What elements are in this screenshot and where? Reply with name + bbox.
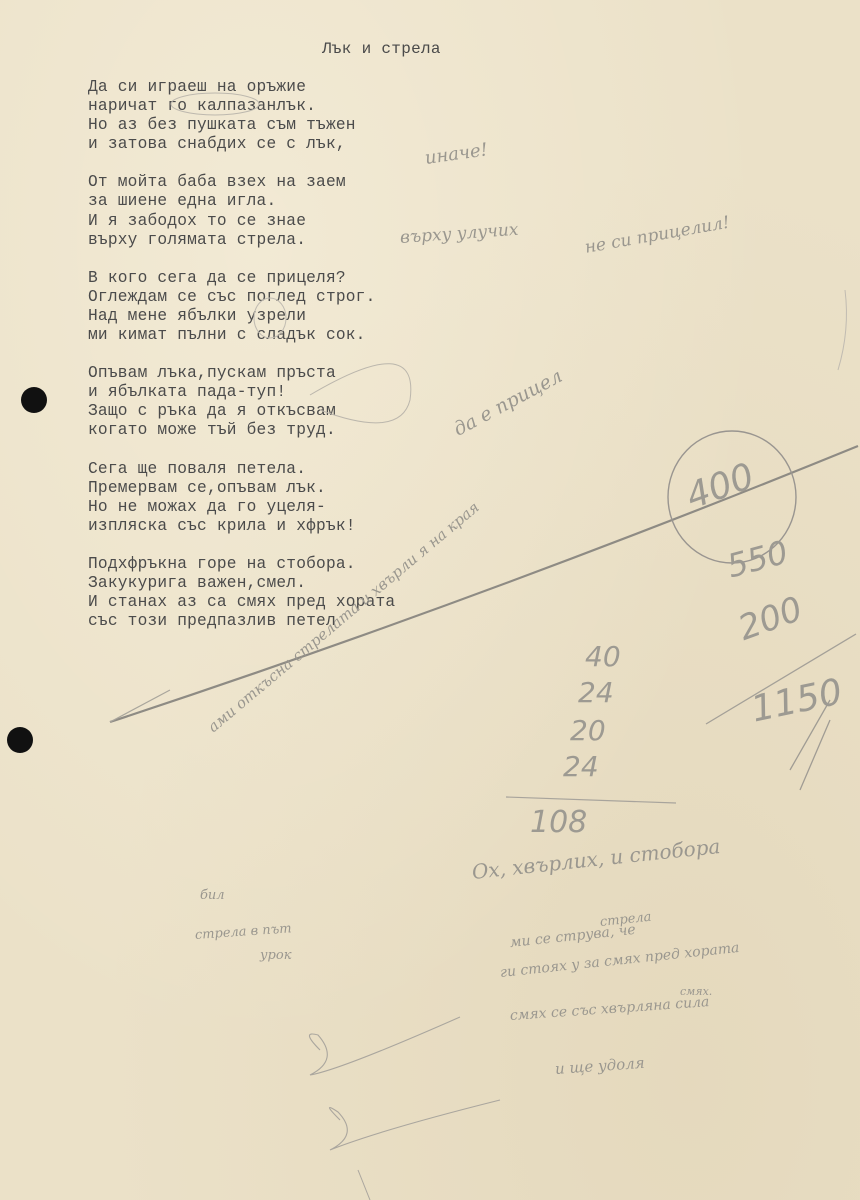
column-number: 40: [585, 640, 621, 673]
bottom-left-note: бил: [200, 888, 225, 903]
bottom-left-note: урок: [260, 948, 291, 963]
column-number: 24: [578, 676, 614, 709]
sum-number: 108: [530, 805, 587, 840]
pencil-marks: [0, 0, 860, 1200]
column-number: 24: [563, 750, 599, 783]
column-number: 20: [570, 714, 606, 747]
